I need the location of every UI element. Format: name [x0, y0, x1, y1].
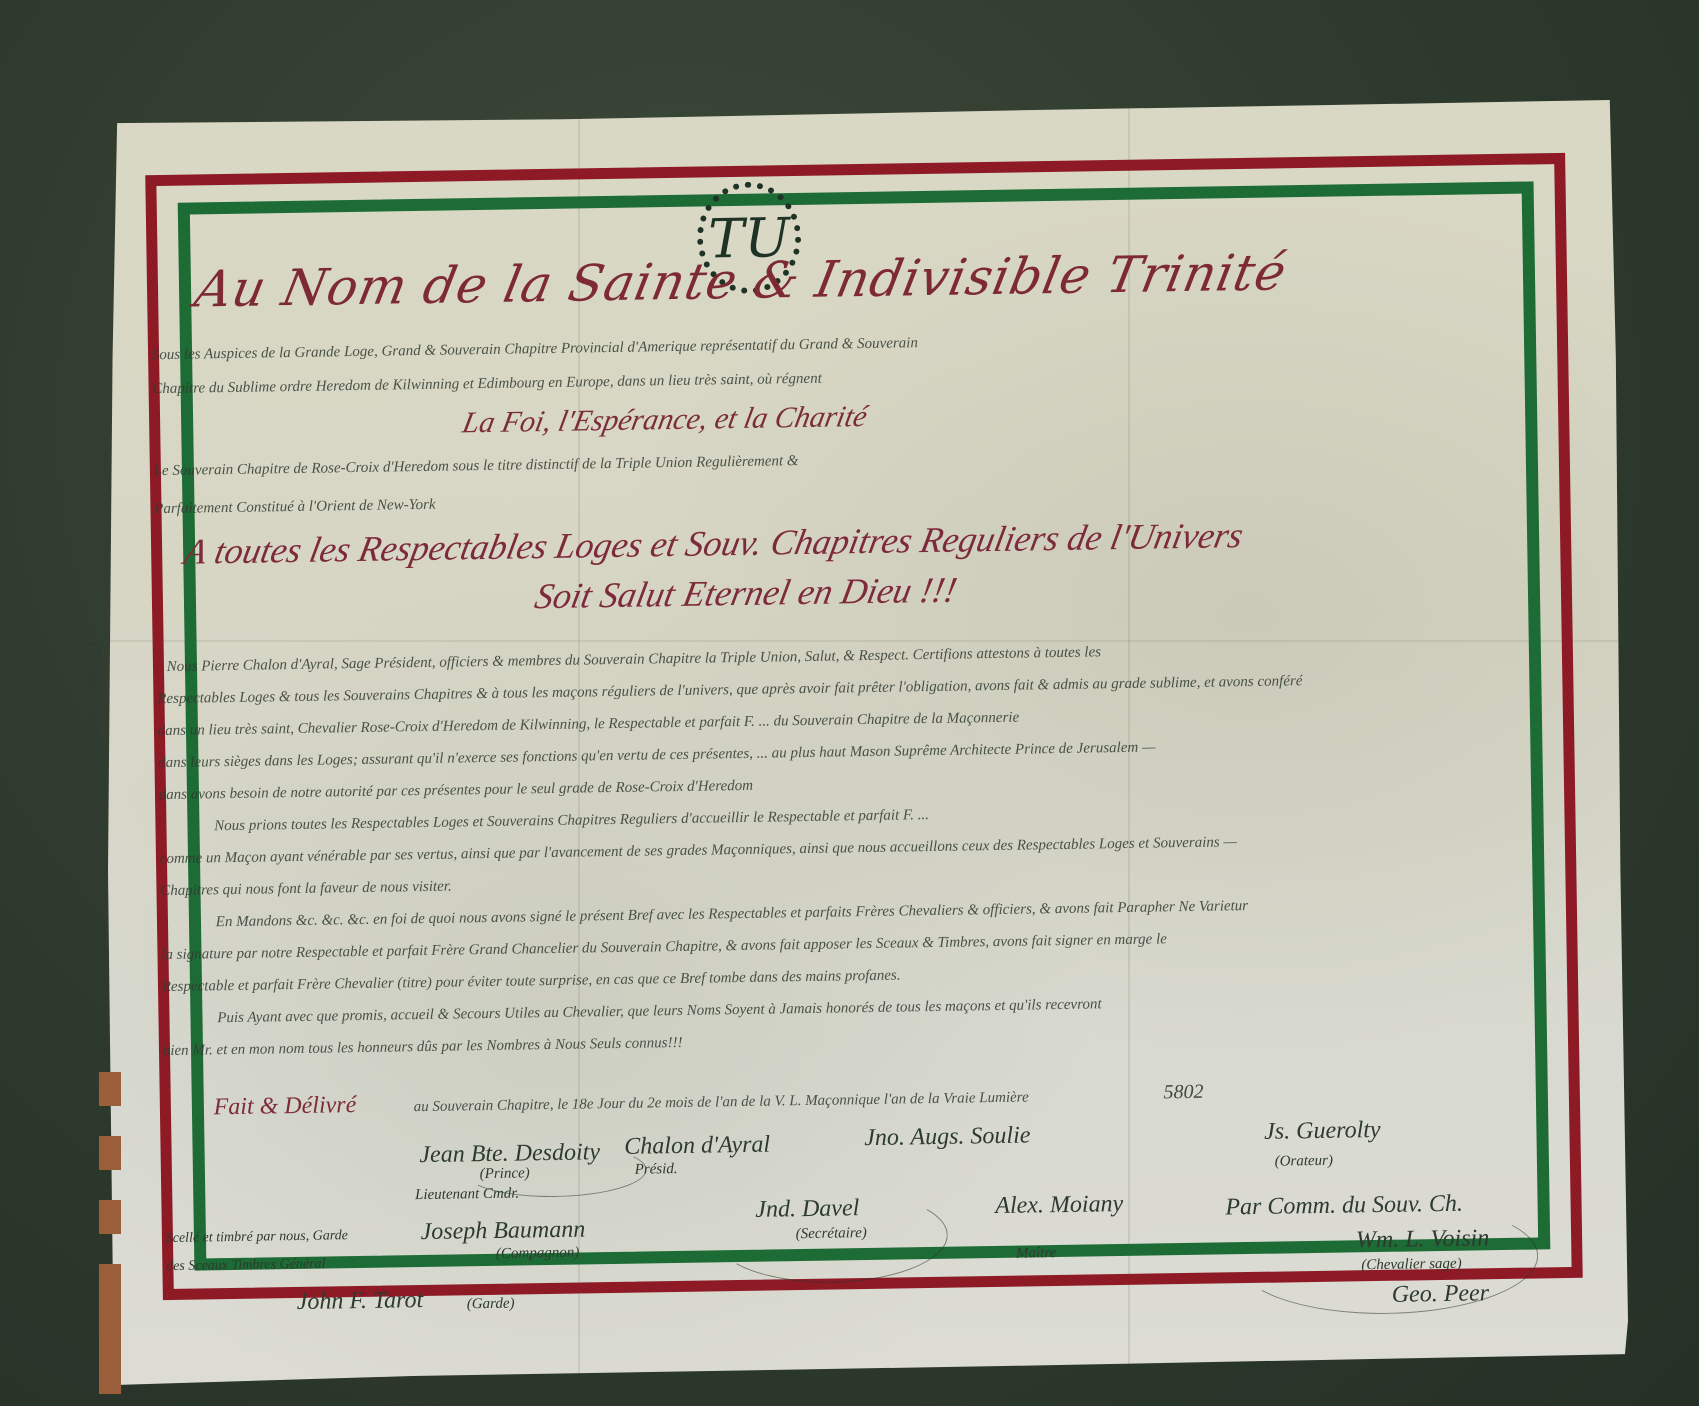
signature-title: (Orateur): [1275, 1153, 1334, 1171]
signature: Joseph Baumann: [420, 1217, 585, 1247]
dated-line: au Souverain Chapitre, le 18e Jour du 2e…: [414, 1090, 1029, 1117]
signature-title: (Compagnon): [496, 1245, 580, 1263]
scale-bar: [99, 1072, 121, 1394]
header-line: Parfaitement Constitué à l'Orient de New…: [154, 497, 436, 518]
fait-delivre-lead: Fait & Délivré: [213, 1092, 356, 1121]
body-line: Puis Ayant avec que promis, accueil & Se…: [217, 996, 1102, 1027]
body-line: dans un lieu très saint, Chevalier Rose-…: [158, 710, 1020, 741]
signature-title: (Garde): [467, 1296, 515, 1314]
scale-bar-segment: [99, 1264, 121, 1394]
body-line: Respectables Loges & tous les Souverains…: [157, 673, 1302, 708]
body-line: bien Mr. et en mon nom tous les honneurs…: [163, 1035, 683, 1060]
scale-bar-segment: [99, 1136, 121, 1170]
body-line: dans leurs sièges dans les Loges; assura…: [158, 739, 1155, 772]
body-line: dans avons besoin de notre autorité par …: [159, 778, 754, 804]
signature-title: Maître: [1016, 1245, 1057, 1263]
header-line: Chapitre du Sublime ordre Heredom de Kil…: [152, 371, 822, 399]
scale-bar-segment: [99, 1072, 121, 1106]
body-line: En Mandons &c. &c. &c. en foi de quoi no…: [216, 898, 1249, 931]
masonic-year: 5802: [1163, 1081, 1203, 1105]
margin-signature: Ne Varietur — Chalon d'Ayral: [85, 642, 106, 860]
signature: Chalon d'Ayral: [624, 1132, 770, 1161]
seal-note: Scellé et timbré par nous, Garde: [166, 1228, 348, 1247]
body-line: Respectable et parfait Frère Chevalier (…: [162, 968, 901, 997]
signature: Alex. Moiany: [995, 1191, 1123, 1220]
body-line: comme un Maçon ayant vénérable par ses v…: [160, 834, 1237, 868]
signature-flourish: [715, 1189, 948, 1285]
header-line: Le Souverain Chapitre de Rose-Croix d'He…: [154, 453, 799, 480]
seal-note: des Sceaux Timbres Général: [166, 1257, 326, 1276]
address-line: A toutes les Respectables Loges et Souv.…: [181, 514, 1247, 573]
body-line: Nous prions toutes les Respectables Loge…: [214, 807, 929, 835]
signature: Jno. Augs. Soulie: [864, 1122, 1031, 1152]
signature: John F. Tarot: [297, 1287, 424, 1316]
salutation-line: Soit Salut Eternel en Dieu !!!: [532, 569, 961, 618]
signature: Js. Guerolty: [1264, 1117, 1381, 1146]
header-virtues: La Foi, l'Espérance, et la Charité: [460, 400, 871, 440]
certificate-content: TU Au Nom de la Sainte & Indivisible Tri…: [98, 88, 1638, 1397]
scale-bar-segment: [99, 1200, 121, 1234]
header-line: Sous les Auspices de la Grande Loge, Gra…: [152, 335, 918, 364]
body-line: la signature par notre Respectable et pa…: [161, 931, 1167, 964]
body-line: Nous Pierre Chalon d'Ayral, Sage Préside…: [167, 644, 1102, 676]
body-line: Chapitres qui nous font la faveur de nou…: [160, 879, 452, 901]
document-title: Au Nom de la Sainte & Indivisible Trinit…: [190, 243, 1292, 318]
